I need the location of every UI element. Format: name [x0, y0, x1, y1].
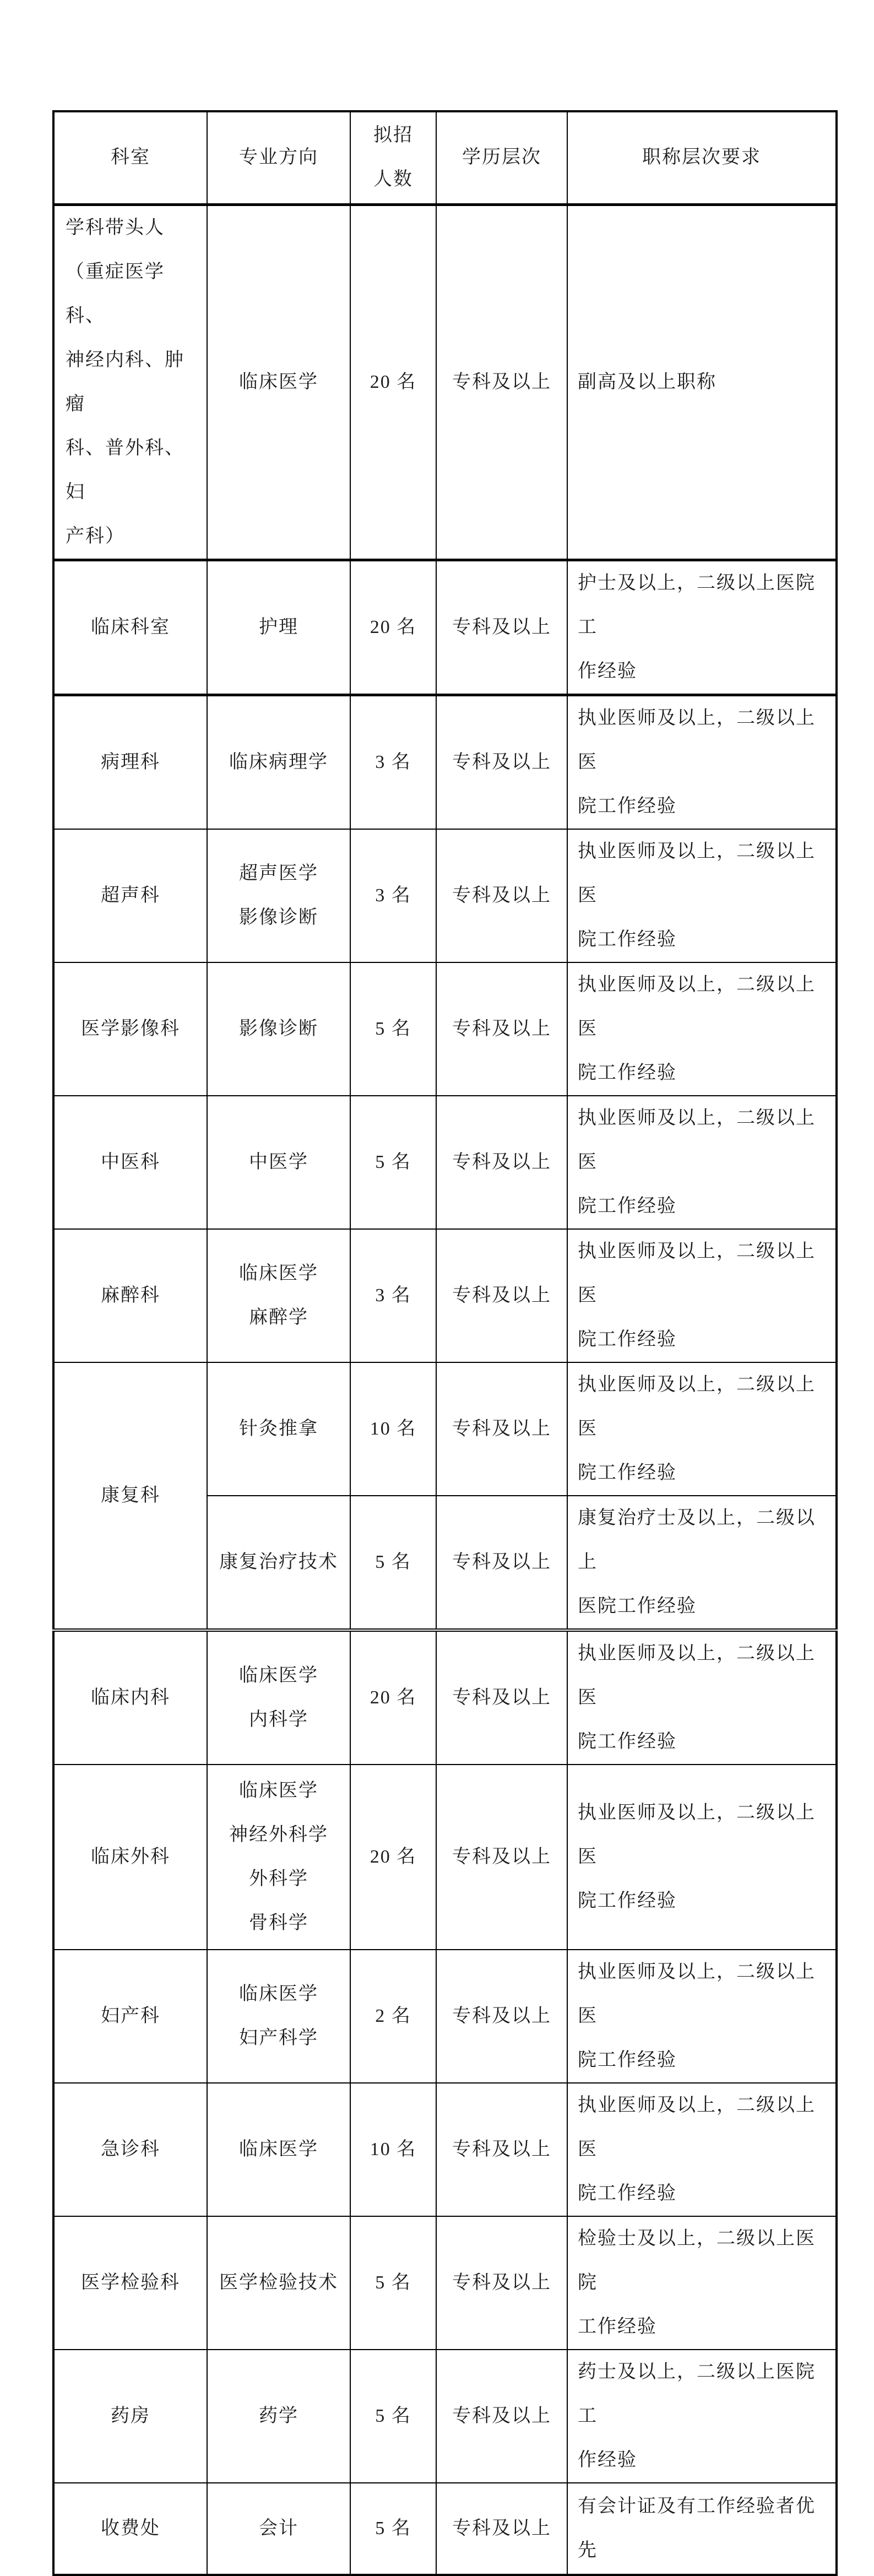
cell-count: 20 名 — [350, 204, 436, 560]
cell-degree: 专科及以上 — [436, 1765, 567, 1950]
recruitment-table: 科室 专业方向 拟招 人数 学历层次 职称层次要求 学科带头人 （重症医学科、 … — [52, 110, 838, 2576]
table-row: 临床外科 临床医学 神经外科学 外科学 骨科学 20 名 专科及以上 执业医师及… — [53, 1765, 837, 1950]
cell-major: 会计 — [207, 2483, 350, 2575]
cell-degree: 专科及以上 — [436, 2350, 567, 2483]
cell-dept: 妇产科 — [53, 1950, 207, 2083]
cell-title-req: 执业医师及以上，二级以上医 院工作经验 — [567, 1630, 837, 1765]
table-row: 病理科 临床病理学 3 名 专科及以上 执业医师及以上，二级以上医 院工作经验 — [53, 695, 837, 829]
cell-dept: 药房 — [53, 2350, 207, 2483]
cell-degree: 专科及以上 — [436, 962, 567, 1096]
cell-degree: 专科及以上 — [436, 1229, 567, 1362]
cell-dept: 收费处 — [53, 2483, 207, 2575]
cell-dept: 学科带头人 （重症医学科、 神经内科、肿瘤 科、普外科、妇 产科） — [53, 204, 207, 560]
table-row: 医学检验科 医学检验技术 5 名 专科及以上 检验士及以上，二级以上医院 工作经… — [53, 2216, 837, 2350]
cell-dept: 临床外科 — [53, 1765, 207, 1950]
table-row: 急诊科 临床医学 10 名 专科及以上 执业医师及以上，二级以上医 院工作经验 — [53, 2083, 837, 2216]
cell-title-req: 药士及以上，二级以上医院工 作经验 — [567, 2350, 837, 2483]
cell-count: 3 名 — [350, 695, 436, 829]
header-cell-major: 专业方向 — [207, 111, 350, 204]
cell-dept: 医学影像科 — [53, 962, 207, 1096]
table-row: 医学影像科 影像诊断 5 名 专科及以上 执业医师及以上，二级以上医 院工作经验 — [53, 962, 837, 1096]
cell-title-req: 执业医师及以上，二级以上医 院工作经验 — [567, 962, 837, 1096]
cell-title-req: 执业医师及以上，二级以上医 院工作经验 — [567, 2083, 837, 2216]
cell-degree: 专科及以上 — [436, 2083, 567, 2216]
table-row: 中医科 中医学 5 名 专科及以上 执业医师及以上，二级以上医 院工作经验 — [53, 1096, 837, 1229]
cell-degree: 专科及以上 — [436, 1630, 567, 1765]
cell-major: 临床病理学 — [207, 695, 350, 829]
cell-title-req: 副高及以上职称 — [567, 204, 837, 560]
header-cell-dept: 科室 — [53, 111, 207, 204]
cell-count: 10 名 — [350, 1362, 436, 1496]
cell-count: 5 名 — [350, 2350, 436, 2483]
cell-degree: 专科及以上 — [436, 1096, 567, 1229]
cell-count: 3 名 — [350, 829, 436, 962]
cell-dept: 临床科室 — [53, 560, 207, 695]
header-cell-degree: 学历层次 — [436, 111, 567, 204]
cell-degree: 专科及以上 — [436, 2483, 567, 2575]
cell-major: 医学检验技术 — [207, 2216, 350, 2350]
cell-major: 康复治疗技术 — [207, 1496, 350, 1630]
table-row: 药房 药学 5 名 专科及以上 药士及以上，二级以上医院工 作经验 — [53, 2350, 837, 2483]
cell-degree: 专科及以上 — [436, 1496, 567, 1630]
cell-dept: 医学检验科 — [53, 2216, 207, 2350]
cell-title-req: 康复治疗士及以上，二级以上 医院工作经验 — [567, 1496, 837, 1630]
cell-count: 20 名 — [350, 1765, 436, 1950]
cell-count: 5 名 — [350, 962, 436, 1096]
cell-title-req: 执业医师及以上，二级以上医 院工作经验 — [567, 1765, 837, 1950]
cell-title-req: 执业医师及以上，二级以上医 院工作经验 — [567, 829, 837, 962]
cell-title-req: 执业医师及以上，二级以上医 院工作经验 — [567, 695, 837, 829]
cell-degree: 专科及以上 — [436, 1362, 567, 1496]
cell-dept: 超声科 — [53, 829, 207, 962]
table-row: 学科带头人 （重症医学科、 神经内科、肿瘤 科、普外科、妇 产科） 临床医学 2… — [53, 204, 837, 560]
cell-title-req: 执业医师及以上，二级以上医 院工作经验 — [567, 1950, 837, 2083]
cell-dept: 急诊科 — [53, 2083, 207, 2216]
cell-dept: 康复科 — [53, 1362, 207, 1630]
cell-title-req: 护士及以上，二级以上医院工 作经验 — [567, 560, 837, 695]
table-row: 康复科 针灸推拿 10 名 专科及以上 执业医师及以上，二级以上医 院工作经验 — [53, 1362, 837, 1496]
cell-count: 5 名 — [350, 1496, 436, 1630]
cell-title-req: 有会计证及有工作经验者优 先 — [567, 2483, 837, 2575]
table-header-row: 科室 专业方向 拟招 人数 学历层次 职称层次要求 — [53, 111, 837, 204]
table-row: 收费处 会计 5 名 专科及以上 有会计证及有工作经验者优 先 — [53, 2483, 837, 2575]
cell-title-req: 执业医师及以上，二级以上医 院工作经验 — [567, 1362, 837, 1496]
cell-major: 临床医学 妇产科学 — [207, 1950, 350, 2083]
cell-count: 20 名 — [350, 1630, 436, 1765]
cell-count: 20 名 — [350, 560, 436, 695]
table-row: 超声科 超声医学 影像诊断 3 名 专科及以上 执业医师及以上，二级以上医 院工… — [53, 829, 837, 962]
cell-degree: 专科及以上 — [436, 2216, 567, 2350]
cell-count: 5 名 — [350, 2216, 436, 2350]
cell-title-req: 执业医师及以上，二级以上医 院工作经验 — [567, 1096, 837, 1229]
cell-major: 临床医学 内科学 — [207, 1630, 350, 1765]
table-row: 临床内科 临床医学 内科学 20 名 专科及以上 执业医师及以上，二级以上医 院… — [53, 1630, 837, 1765]
table-row: 临床科室 护理 20 名 专科及以上 护士及以上，二级以上医院工 作经验 — [53, 560, 837, 695]
cell-count: 3 名 — [350, 1229, 436, 1362]
cell-degree: 专科及以上 — [436, 695, 567, 829]
cell-major: 临床医学 — [207, 2083, 350, 2216]
cell-major: 临床医学 — [207, 204, 350, 560]
cell-major: 药学 — [207, 2350, 350, 2483]
cell-count: 10 名 — [350, 2083, 436, 2216]
cell-dept: 临床内科 — [53, 1630, 207, 1765]
cell-dept: 病理科 — [53, 695, 207, 829]
table-row: 麻醉科 临床医学 麻醉学 3 名 专科及以上 执业医师及以上，二级以上医 院工作… — [53, 1229, 837, 1362]
cell-major: 护理 — [207, 560, 350, 695]
cell-degree: 专科及以上 — [436, 560, 567, 695]
cell-degree: 专科及以上 — [436, 204, 567, 560]
cell-count: 5 名 — [350, 2483, 436, 2575]
cell-degree: 专科及以上 — [436, 1950, 567, 2083]
cell-major: 中医学 — [207, 1096, 350, 1229]
cell-count: 2 名 — [350, 1950, 436, 2083]
cell-degree: 专科及以上 — [436, 829, 567, 962]
cell-dept: 麻醉科 — [53, 1229, 207, 1362]
header-cell-count: 拟招 人数 — [350, 111, 436, 204]
table-row: 妇产科 临床医学 妇产科学 2 名 专科及以上 执业医师及以上，二级以上医 院工… — [53, 1950, 837, 2083]
cell-title-req: 检验士及以上，二级以上医院 工作经验 — [567, 2216, 837, 2350]
cell-major: 超声医学 影像诊断 — [207, 829, 350, 962]
cell-major: 影像诊断 — [207, 962, 350, 1096]
cell-title-req: 执业医师及以上，二级以上医 院工作经验 — [567, 1229, 837, 1362]
cell-major: 临床医学 神经外科学 外科学 骨科学 — [207, 1765, 350, 1950]
cell-dept: 中医科 — [53, 1096, 207, 1229]
cell-count: 5 名 — [350, 1096, 436, 1229]
header-cell-title-req: 职称层次要求 — [567, 111, 837, 204]
cell-major: 针灸推拿 — [207, 1362, 350, 1496]
cell-major: 临床医学 麻醉学 — [207, 1229, 350, 1362]
